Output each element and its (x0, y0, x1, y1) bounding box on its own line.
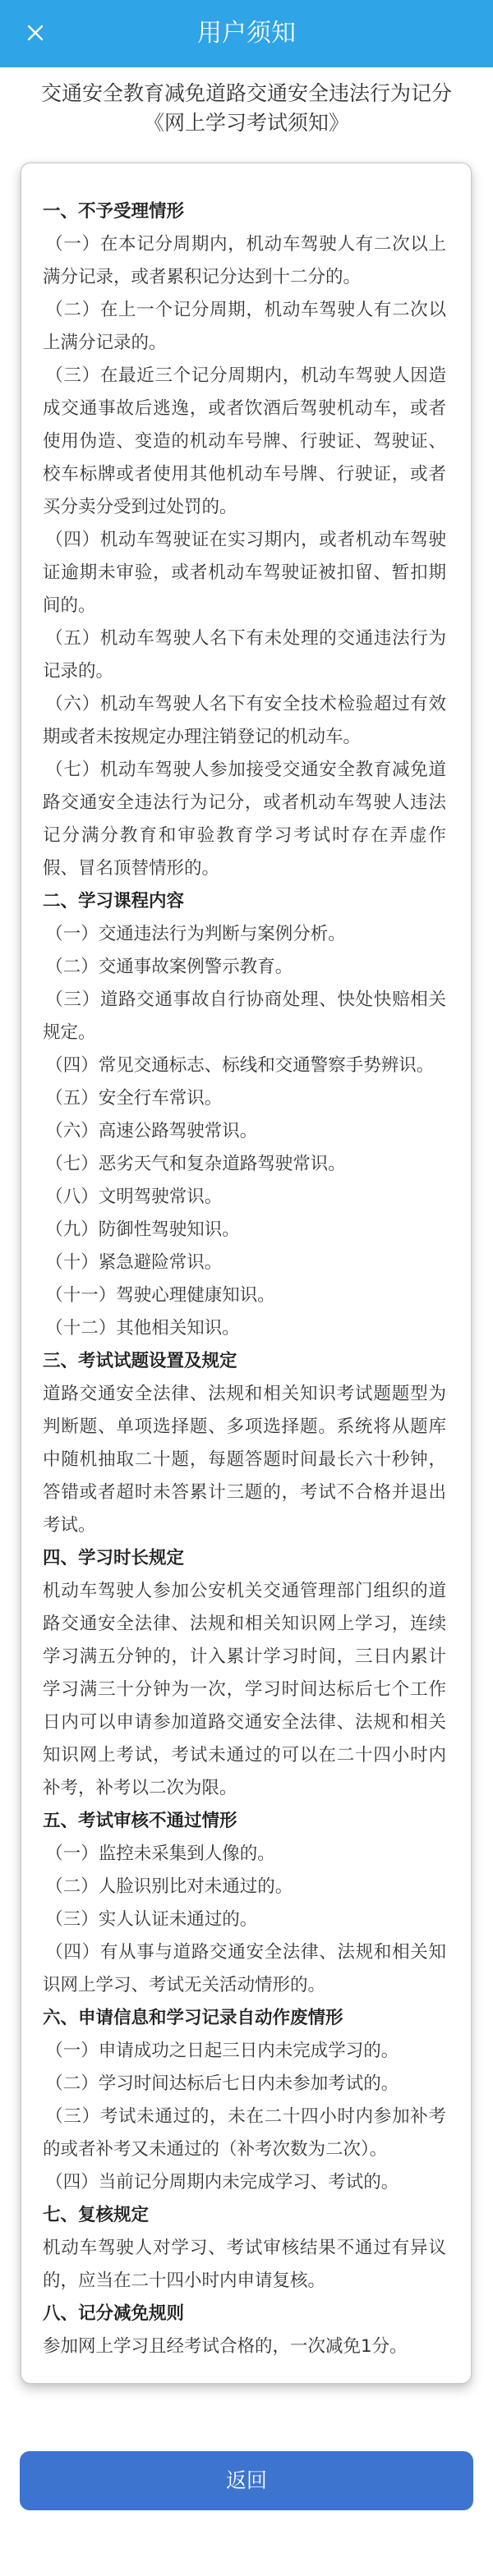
section-heading: 七、复核规定 (43, 2199, 446, 2232)
section-paragraph: 道路交通安全法律、法规和相关知识考试题题型为判断题、单项选择题、多项选择题。系统… (43, 1378, 446, 1542)
document-title: 交通安全教育减免道路交通安全违法行为记分 《网上学习考试须知》 (16, 79, 477, 138)
section-paragraph: （四）当前记分周期内未完成学习、考试的。 (43, 2166, 446, 2199)
section-paragraph: 机动车驾驶人对学习、考试审核结果不通过有异议的，应当在二十四小时内申请复核。 (43, 2232, 446, 2298)
section-paragraph: （二）学习时间达标后七日内未参加考试的。 (43, 2068, 446, 2101)
section-paragraph: （十）紧急避险常识。 (43, 1247, 446, 1279)
section-heading: 二、学习课程内容 (43, 885, 446, 918)
section-heading: 一、不予受理情形 (43, 195, 446, 228)
back-button[interactable]: 返回 (20, 2451, 473, 2510)
section-paragraph: （七）恶劣天气和复杂道路驾驶常识。 (43, 1148, 446, 1181)
section-paragraph: （六）机动车驾驶人名下有安全技术检验超过有效期或者未按规定办理注销登记的机动车。 (43, 688, 446, 754)
section-paragraph: （三）在最近三个记分周期内，机动车驾驶人因造成交通事故后逃逸，或者饮酒后驾驶机动… (43, 360, 446, 524)
section-paragraph: （三）道路交通事故自行协商处理、快处快赔相关规定。 (43, 984, 446, 1049)
section-heading: 五、考试审核不通过情形 (43, 1805, 446, 1838)
top-bar: 用户须知 (0, 0, 493, 67)
section-paragraph: （四）有从事与道路交通安全法律、法规和相关知识网上学习、考试无关活动情形的。 (43, 1936, 446, 2002)
section-paragraph: （一）申请成功之日起三日内未完成学习的。 (43, 2035, 446, 2068)
section-paragraph: （六）高速公路驾驶常识。 (43, 1115, 446, 1148)
section-heading: 四、学习时长规定 (43, 1542, 446, 1575)
section-paragraph: （一）在本记分周期内，机动车驾驶人有二次以上满分记录，或者累积记分达到十二分的。 (43, 228, 446, 294)
section-paragraph: 参加网上学习且经考试合格的，一次减免1分。 (43, 2330, 446, 2363)
section-paragraph: （二）交通事故案例警示教育。 (43, 951, 446, 984)
section-paragraph: （二）在上一个记分周期，机动车驾驶人有二次以上满分记录的。 (43, 294, 446, 360)
section-paragraph: （四）机动车驾驶证在实习期内，或者机动车驾驶证逾期未审验，或者机动车驾驶证被扣留… (43, 524, 446, 622)
section-paragraph: （五）安全行车常识。 (43, 1082, 446, 1115)
notice-card: 一、不予受理情形 （一）在本记分周期内，机动车驾驶人有二次以上满分记录，或者累积… (21, 163, 472, 2384)
section-paragraph: （七）机动车驾驶人参加接受交通安全教育减免道路交通安全违法行为记分，或者机动车驾… (43, 754, 446, 885)
section-heading: 八、记分减免规则 (43, 2298, 446, 2330)
section-paragraph: （三）考试未通过的，未在二十四小时内参加补考的或者补考又未通过的（补考次数为二次… (43, 2101, 446, 2166)
section-heading: 六、申请信息和学习记录自动作废情形 (43, 2002, 446, 2035)
section-paragraph: （四）常见交通标志、标线和交通警察手势辨识。 (43, 1049, 446, 1082)
section-paragraph: （八）文明驾驶常识。 (43, 1181, 446, 1214)
section-paragraph: （十二）其他相关知识。 (43, 1312, 446, 1345)
section-heading: 三、考试试题设置及规定 (43, 1345, 446, 1378)
section-paragraph: （五）机动车驾驶人名下有未处理的交通违法行为记录的。 (43, 622, 446, 688)
document-title-line1: 交通安全教育减免道路交通安全违法行为记分 (16, 79, 477, 108)
section-paragraph: 机动车驾驶人参加公安机关交通管理部门组织的道路交通安全法律、法规和相关知识网上学… (43, 1575, 446, 1805)
section-paragraph: （三）实人认证未通过的。 (43, 1903, 446, 1936)
section-paragraph: （一）交通违法行为判断与案例分析。 (43, 918, 446, 951)
section-paragraph: （二）人脸识别比对未通过的。 (43, 1871, 446, 1903)
section-paragraph: （十一）驾驶心理健康知识。 (43, 1279, 446, 1312)
document-title-line2: 《网上学习考试须知》 (16, 108, 477, 138)
section-paragraph: （一）监控未采集到人像的。 (43, 1838, 446, 1871)
section-paragraph: （九）防御性驾驶知识。 (43, 1214, 446, 1247)
page-title: 用户须知 (0, 0, 493, 67)
